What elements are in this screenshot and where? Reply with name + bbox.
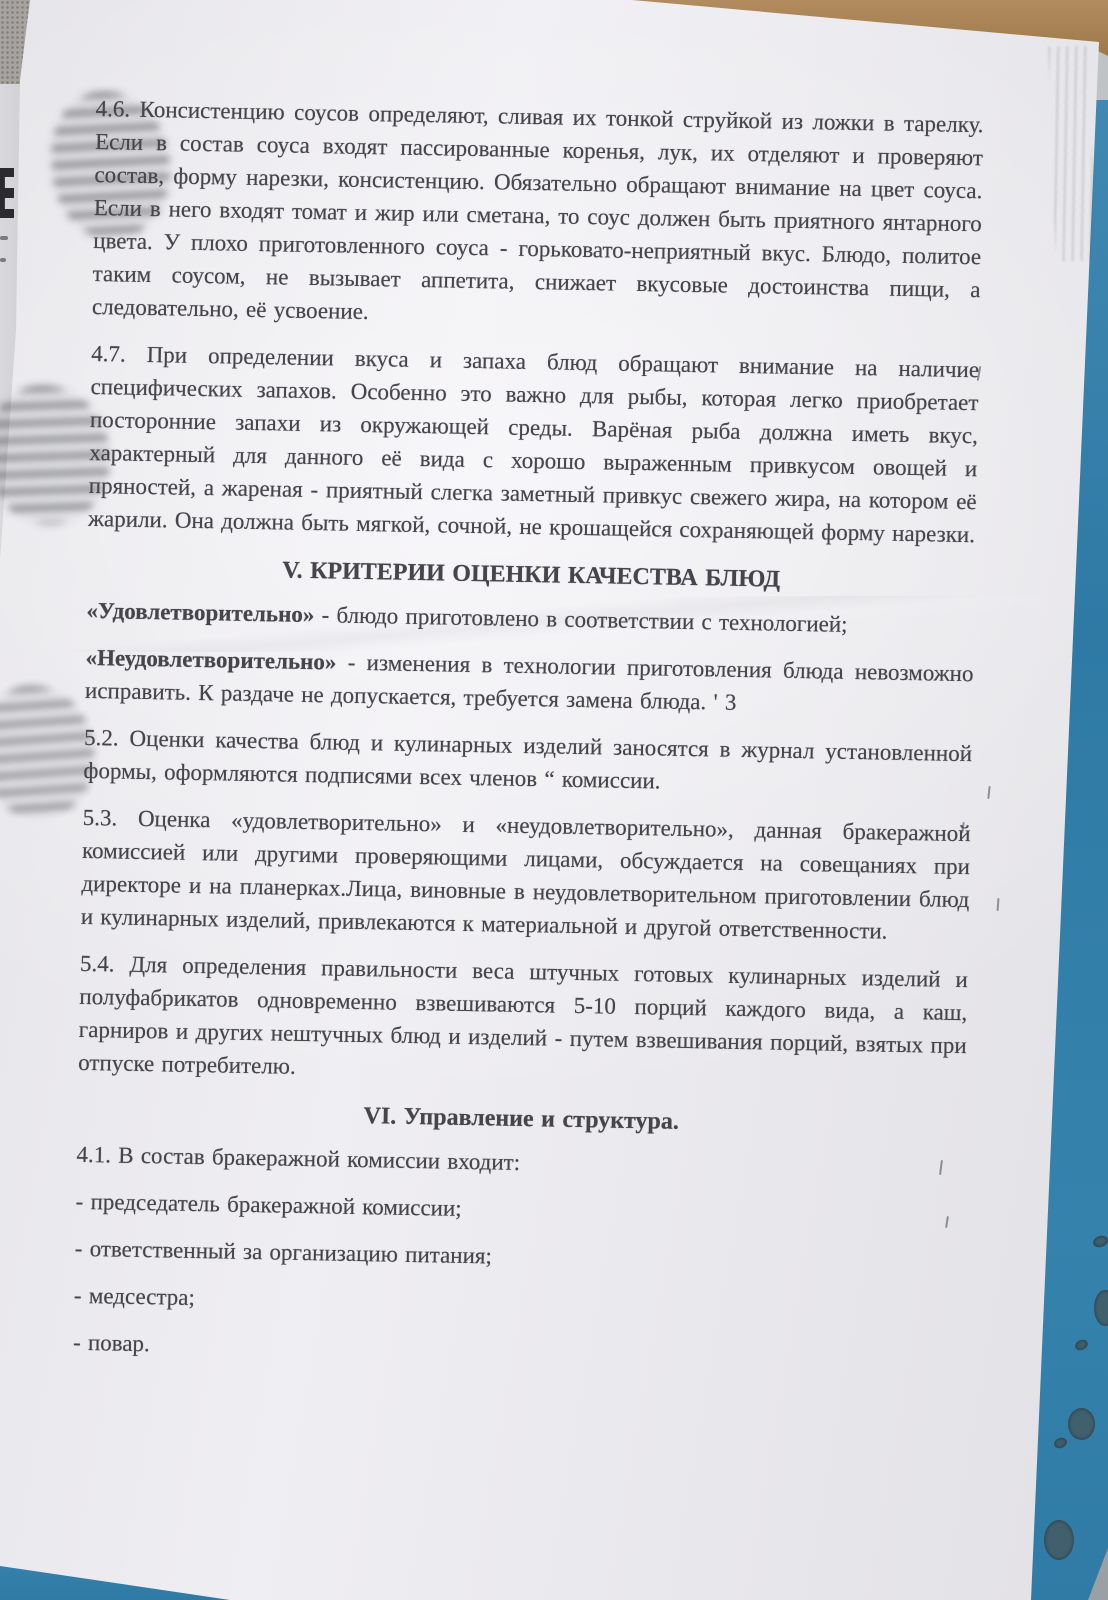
section-heading-vi: VI. Управление и структура.: [77, 1095, 965, 1144]
binder-hole: [1044, 1520, 1074, 1560]
underlying-print-dash: [0, 258, 6, 262]
list-item-chairman: - председатель бракеражной комиссии;: [75, 1185, 963, 1234]
photo-of-document: { "scene": { "paper_color": "#eceaee", "…: [0, 0, 1108, 1600]
definition-term: «Удовлетворительно»: [86, 598, 314, 627]
section-heading-v: V. КРИТЕРИИ ОЦЕНКИ КАЧЕСТВА БЛЮД: [87, 551, 975, 600]
paragraph-5-4: 5.4. Для определения правильности веса ш…: [78, 947, 968, 1095]
list-item-nurse: - медсестра;: [74, 1279, 962, 1328]
list-item-cook: - повар.: [73, 1326, 961, 1375]
underlying-print-dash: [0, 236, 8, 240]
paper-edge-streaks: [1048, 45, 1095, 261]
underlying-print-mark: [0, 168, 14, 218]
definition-satisfactory: «Удовлетворительно» - блюдо приготовлено…: [86, 594, 974, 643]
definition-body: - блюдо приготовлено в соответствии с те…: [314, 602, 848, 637]
paragraph-5-3: 5.3. Оценка «удовлетворительно» и «неудо…: [81, 801, 971, 949]
definition-term: «Неудовлетворительно»: [85, 645, 336, 675]
binder-hole: [1068, 1408, 1095, 1440]
document-text: 4.6. Консистенцию соусов определяют, сли…: [73, 92, 984, 1389]
list-item-responsible: - ответственный за организацию питания;: [75, 1232, 963, 1281]
paragraph-4-7: 4.7. При определении вкуса и запаха блюд…: [88, 337, 979, 551]
paragraph-4-1: 4.1. В состав бракеражной комиссии входи…: [76, 1138, 964, 1187]
definition-unsatisfactory: «Неудовлетворительно» - изменения в техн…: [85, 641, 974, 723]
paragraph-5-2: 5.2. Оценки качества блюд и кулинарных и…: [83, 721, 972, 803]
paragraph-4-6: 4.6. Консистенцию соусов определяют, сли…: [92, 92, 984, 339]
